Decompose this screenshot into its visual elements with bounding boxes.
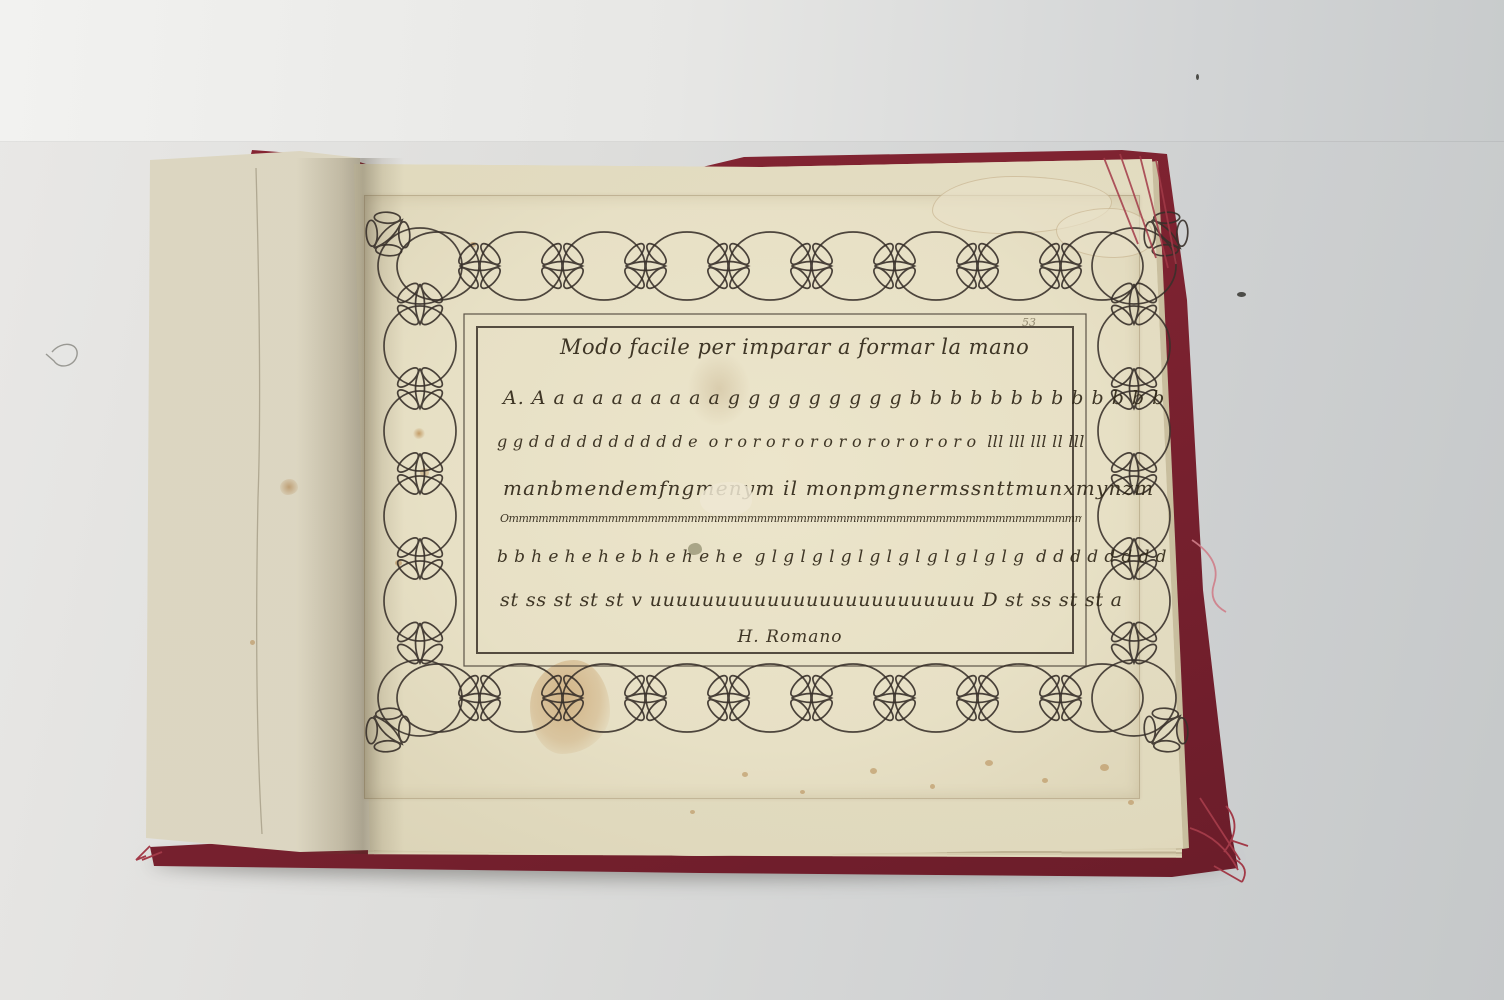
- deckle-seam: [256, 168, 262, 834]
- plate-number: 53: [1022, 316, 1036, 329]
- abrasion-patch: [700, 482, 752, 516]
- practice-row-loops: b b h e h e h e b h e h e h e g l g l g …: [497, 549, 1085, 566]
- loop-chain-bottom: [397, 664, 1143, 732]
- pencil-mark: [46, 344, 77, 366]
- practice-row-d-or: g g d d d d d d d d d d e o r o r o r o …: [497, 434, 1085, 450]
- engraver-signature: H. Romano: [640, 629, 940, 646]
- loop-chain-top: [397, 232, 1143, 300]
- practice-row-alphabet: A. A a a a a a a a a a g g g g g g g g g…: [503, 389, 1085, 408]
- practice-row-ligatures: st ss st st st v uuuuuuuuuuuuuuuuuuuuuuu…: [500, 591, 1085, 610]
- loop-chain-left: [384, 306, 456, 641]
- title-line: Modo facile per imparar a formar la mano: [560, 337, 1022, 358]
- practice-row-joined-letters: manbmendemfngmenym il monpmgnermssnttmun…: [503, 478, 1085, 498]
- calligraphic-flourish-border: [0, 0, 1504, 1000]
- practice-row-minims: Ommmmmmmmmmmmmmmmmmmmmmmmmmmmmmmmmmmmmmm…: [500, 513, 1082, 524]
